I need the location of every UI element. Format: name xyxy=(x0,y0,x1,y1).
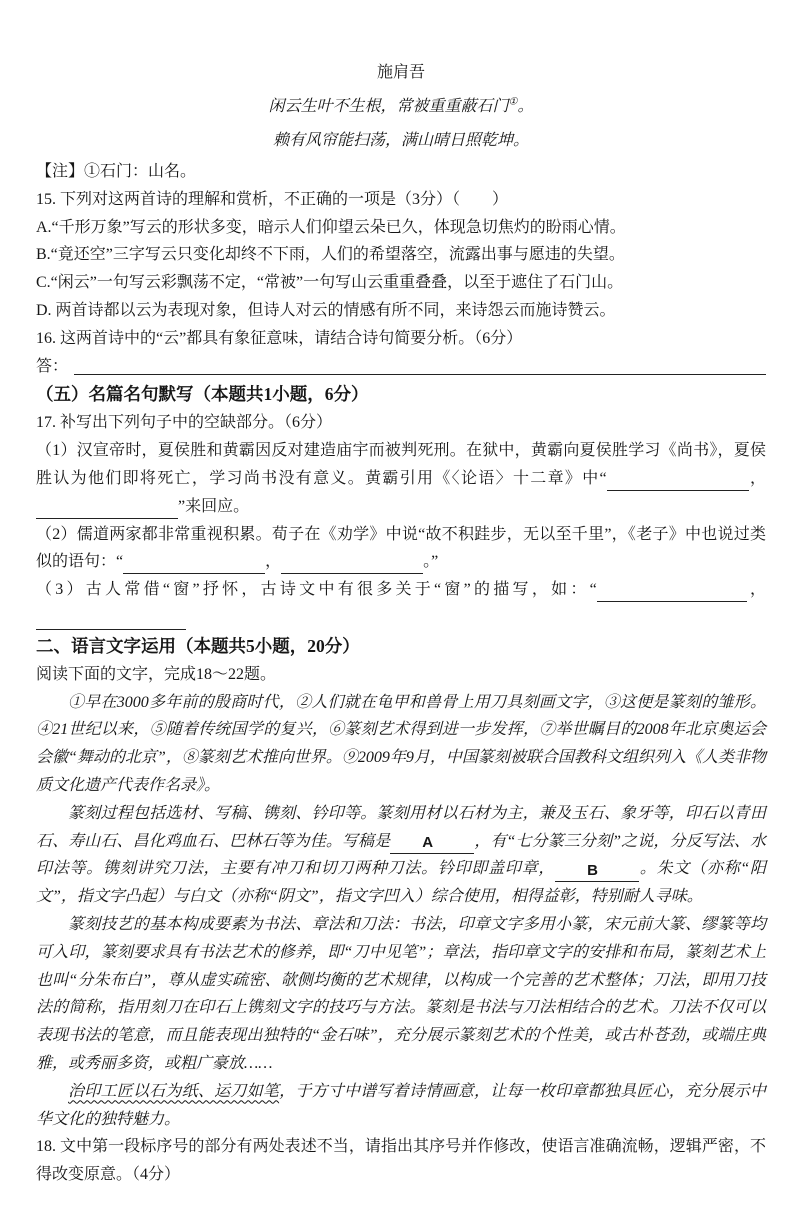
passage-paragraph-1: ①早在3000多年前的殷商时代，②人们就在龟甲和兽骨上用刀具刻画文字，③这便是篆… xyxy=(36,689,766,800)
question-18-stem: 18. 文中第一段标序号的部分有两处表述不当，请指出其序号并作修改，使语言准确流… xyxy=(36,1133,766,1189)
exam-document-page: 施肩吾 闲云生叶不生根，常被重重蔽石门①。 赖有风帘能扫荡，满山晴日照乾坤。 【… xyxy=(0,0,800,1222)
passage-paragraph-3: 篆刻技艺的基本构成要素为书法、章法和刀法：书法，印章文字多用小篆，宋元前大篆、缪… xyxy=(36,911,766,1078)
blank-label-b: B xyxy=(555,859,639,882)
item-3-separator: ， xyxy=(747,581,766,598)
poem-line-1: 闲云生叶不生根，常被重重蔽石门①。 xyxy=(36,90,766,124)
blank-label-a: A xyxy=(390,831,474,854)
question-16-stem: 16. 这两首诗中的“云”都具有象征意味，请结合诗句简要分析。（6分） xyxy=(36,325,766,353)
fill-in-blank xyxy=(123,557,265,574)
passage-paragraph-4: 治印工匠以石为纸、运刀如笔，于方寸中谱写着诗情画意，让每一枚印章都独具匠心，充分… xyxy=(36,1078,766,1134)
passage-instruction: 阅读下面的文字，完成18～22题。 xyxy=(36,661,766,689)
question-16-answer-row: 答： xyxy=(36,353,766,381)
section-5-header: （五）名篇名句默写（本题共1小题，6分） xyxy=(36,380,766,409)
poem-section: 施肩吾 闲云生叶不生根，常被重重蔽石门①。 赖有风帘能扫荡，满山晴日照乾坤。 xyxy=(36,56,766,158)
fill-in-blank xyxy=(36,502,178,519)
poem-author: 施肩吾 xyxy=(36,56,766,90)
item-1-tail: ”来回应。 xyxy=(178,498,249,515)
item-1-separator: ， xyxy=(749,470,766,487)
question-15-option-d: D. 两首诗都以云为表现对象，但诗人对云的情感有所不同，来诗怨云而施诗赞云。 xyxy=(36,297,766,325)
fill-in-blank xyxy=(607,474,749,491)
fill-in-blank xyxy=(36,613,186,630)
answer-label: 答： xyxy=(36,353,68,381)
question-17-item-1: （1）汉宣帝时，夏侯胜和黄霸因反对建造庙宇而被判死刑。在狱中，黄霸向夏侯胜学习《… xyxy=(36,437,766,520)
item-2-tail: 。” xyxy=(423,553,438,570)
question-15-option-a: A.“千形万象”写云的形状多变，暗示人们仰望云朵已久，体现急切焦灼的盼雨心情。 xyxy=(36,214,766,242)
item-3-text: （3）古人常借“窗”抒怀，古诗文中有很多关于“窗”的描写，如：“ xyxy=(36,581,597,598)
answer-blank-rule xyxy=(74,374,766,375)
item-2-separator: ， xyxy=(265,553,281,570)
question-17-item-3: （3）古人常借“窗”抒怀，古诗文中有很多关于“窗”的描写，如：“， xyxy=(36,576,766,632)
fill-in-blank xyxy=(597,585,747,602)
poem-footnote: 【注】①石门：山名。 xyxy=(36,158,766,186)
fill-in-blank xyxy=(281,557,423,574)
question-17-item-2: （2）儒道两家都非常重视积累。荀子在《劝学》中说“故不积跬步，无以至千里”，《老… xyxy=(36,521,766,577)
section-2-header: 二、语言文字运用（本题共5小题，20分） xyxy=(36,632,766,661)
question-15-option-c: C.“闲云”一句写云彩飘荡不定，“常被”一句写山云重重叠叠，以至于遮住了石门山。 xyxy=(36,269,766,297)
question-15-option-b: B.“竟还空”三字写云只变化却终不下雨，人们的希望落空，流露出事与愿违的失望。 xyxy=(36,241,766,269)
poem-line-1-period: 。 xyxy=(517,98,533,115)
poem-line-1-text: 闲云生叶不生根，常被重重蔽石门 xyxy=(269,98,509,115)
question-15-stem: 15. 下列对这两首诗的理解和赏析，不正确的一项是（3分）（ ） xyxy=(36,186,766,214)
wavy-underlined-phrase: 治印工匠以石为纸、运刀如笔 xyxy=(68,1083,279,1100)
poem-line-2: 赖有风帘能扫荡，满山晴日照乾坤。 xyxy=(36,124,766,158)
question-17-stem: 17. 补写出下列句子中的空缺部分。（6分） xyxy=(36,409,766,437)
passage-paragraph-2: 篆刻过程包括选材、写稿、镌刻、钤印等。篆刻用材以石材为主，兼及玉石、象牙等，印石… xyxy=(36,800,766,911)
